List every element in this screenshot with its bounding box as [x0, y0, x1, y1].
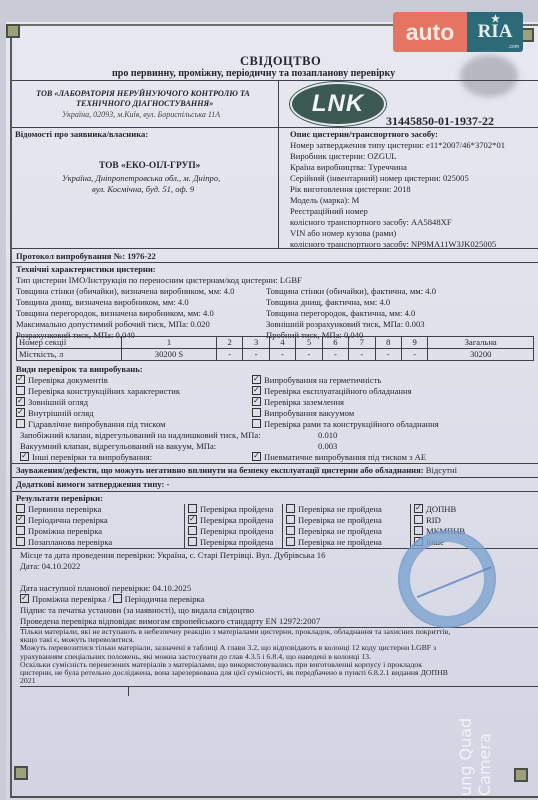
result-failed-checkbox[interactable] [286, 515, 295, 524]
next-inspection-type: Проміжна перевірка /Періодична перевірка [20, 594, 204, 605]
checkbox[interactable] [16, 408, 25, 417]
notes: Тільки матеріали, які не вступають в неб… [20, 628, 450, 685]
vacuum-valve-label: Вакуумний клапан, відрегульований на вак… [20, 441, 216, 452]
checkbox[interactable] [16, 397, 25, 406]
result-passed[interactable]: Перевірка пройдена [188, 515, 273, 526]
checkbox[interactable] [16, 386, 25, 395]
corner-ornament-bottom-right [512, 766, 534, 788]
tech-spec-line: Зовнішній розрахунковий тиск, МПа: 0.003 [266, 319, 436, 330]
document-title: СВІДОЦТВО [240, 54, 321, 69]
result-reg-checkbox[interactable] [414, 504, 423, 513]
safety-valve-value: 0.010 [318, 430, 337, 441]
next-intermediate-checkbox[interactable] [20, 594, 29, 603]
vehicle-info-line: Модель (марка): M [290, 195, 505, 206]
blurred-region [460, 55, 518, 97]
additional-line: Додаткові вимоги затвердження типу: - [16, 479, 169, 490]
inspections-right: Випробування на герметичністьПеревірка е… [252, 375, 439, 430]
capacity-cell: - [375, 349, 401, 361]
vehicle-info-line: Країна виробництва: Туреччина [290, 162, 505, 173]
inspection-item-label: Перевірка конструкційних характеристик [28, 386, 180, 396]
result-passed[interactable]: Перевірка пройдена [188, 537, 273, 548]
result-type-label: Первинна перевірка [28, 504, 101, 514]
result-passed[interactable]: Перевірка пройдена [188, 526, 273, 537]
vehicle-info-line: Серійний (інвентарний) номер цистерни: 0… [290, 173, 505, 184]
section-number-cell: 2 [216, 337, 242, 349]
tech-spec-line: Товщина днищ, визначена виробником, мм: … [16, 297, 234, 308]
inspection-item-label: Перевірка експлуатаційного обладнання [264, 386, 412, 396]
vehicle-info-line: Виробник цистерни: OZGUL [290, 151, 505, 162]
inspection-item-label: Перевірка рами та конструкційного обладн… [264, 419, 439, 429]
inspection-item[interactable]: Перевірка документів [16, 375, 180, 386]
result-reg[interactable]: ДОПНВ [414, 504, 456, 515]
capacity-cell: - [401, 349, 427, 361]
other-inspections[interactable]: Інші перевірки та випробування: [20, 452, 152, 463]
issuer-address: Україна, 02093, м.Київ, вул. Бориспільсь… [62, 109, 220, 120]
results-row: Первинна перевіркаПеревірка пройденаПере… [16, 504, 536, 515]
star-icon: ★ [491, 14, 500, 25]
result-type[interactable]: Проміжна перевірка [16, 526, 102, 537]
result-failed-checkbox[interactable] [286, 537, 295, 546]
result-failed[interactable]: Перевірка не пройдена [286, 504, 382, 515]
result-type[interactable]: Позапланова перевірка [16, 537, 112, 548]
result-passed-checkbox[interactable] [188, 526, 197, 535]
result-passed-label: Перевірка пройдена [200, 537, 273, 547]
result-passed-label: Перевірка пройдена [200, 504, 273, 514]
section-number-cell: 8 [375, 337, 401, 349]
result-type[interactable]: Первинна перевірка [16, 504, 101, 515]
vehicle-info-line: Номер затвердження типу цистерни: e11*20… [290, 140, 505, 151]
inspection-date: Дата: 04.10.2022 [20, 561, 80, 572]
inspection-item[interactable]: Перевірка конструкційних характеристик [16, 386, 180, 397]
section-number-label: Номер секції [17, 337, 122, 349]
autoria-watermark: auto ★ RIA .com [393, 12, 523, 52]
capacity-cell: - [322, 349, 348, 361]
inspection-item[interactable]: Випробування вакуумом [252, 408, 439, 419]
checkbox[interactable] [252, 397, 261, 406]
tech-spec-line: Товщина стінки (обичайки), фактична, мм:… [266, 286, 436, 297]
result-failed-label: Перевірка не пройдена [298, 515, 382, 525]
camera-watermark: ung Quad Camera [456, 714, 494, 796]
capacity-cell: 30200 [428, 349, 534, 361]
result-type-checkbox[interactable] [16, 537, 25, 546]
inspection-item-label: Випробування на герметичність [264, 375, 381, 385]
inspection-item[interactable]: Перевірка експлуатаційного обладнання [252, 386, 439, 397]
tank-type-line: Тип цистерни IMO/Інструкція по переносни… [16, 275, 302, 286]
protocol-number: Протокол випробування №: 1976-22 [16, 251, 156, 262]
inspection-item-label: Перевірка заземлення [264, 397, 344, 407]
vehicle-info-line: Рік виготовлення цистерни: 2018 [290, 184, 505, 195]
section-number-cell: 6 [322, 337, 348, 349]
result-passed-label: Перевірка пройдена [200, 526, 273, 536]
checkbox[interactable] [252, 408, 261, 417]
vehicle-info-line: колісного транспортного засобу: AA5848XF [290, 217, 505, 228]
inspection-item[interactable]: Внутрішній огляд [16, 408, 180, 419]
vehicle-heading: Опис цистерни/транспортного засобу: [290, 129, 505, 140]
section-number-cell: 1 [122, 337, 217, 349]
result-passed-checkbox[interactable] [188, 515, 197, 524]
result-failed-label: Перевірка не пройдена [298, 537, 382, 547]
capacity-label: Місткість, л [17, 349, 122, 361]
signature-line: Підпис та печатка установи (за наявності… [20, 605, 254, 616]
result-passed[interactable]: Перевірка пройдена [188, 504, 273, 515]
document-subtitle: про первинну, проміжну, періодичну та по… [112, 68, 395, 79]
inspection-item-label: Внутрішній огляд [28, 408, 94, 418]
section-number-cell: 4 [269, 337, 295, 349]
vehicle-info-line: Реєстраційний номер [290, 206, 505, 217]
pneumatic-test[interactable]: Пневматичне випробування під тиском з АЕ [252, 452, 426, 463]
result-passed-checkbox[interactable] [188, 537, 197, 546]
tech-spec-line: Максимально допустимий робочий тиск, МПа… [16, 319, 234, 330]
results-row: Періодична перевіркаПеревірка пройденаПе… [16, 515, 536, 526]
safety-valve-label: Запобіжний клапан, відрегульований на на… [20, 430, 261, 441]
defects-value: Відсутні [426, 465, 457, 475]
inspection-item-label: Зовнішній огляд [28, 397, 88, 407]
tech-left-column: Товщина стінки (обичайки), визначена вир… [16, 286, 234, 341]
corner-ornament-bottom-left [12, 764, 34, 786]
standard-line: Проведена перевірка відповідає вимогам є… [20, 616, 320, 627]
result-type-label: Позапланова перевірка [28, 537, 112, 547]
capacity-cell: - [216, 349, 242, 361]
inspection-item-label: Гідравлічне випробування під тиском [28, 419, 166, 429]
capacity-cell: - [269, 349, 295, 361]
result-reg[interactable]: RID [414, 515, 441, 526]
inspection-item[interactable]: Перевірка рами та конструкційного обладн… [252, 419, 439, 430]
checkbox[interactable] [252, 386, 261, 395]
result-reg-label: RID [426, 515, 441, 525]
section-number-cell: 9 [401, 337, 427, 349]
checkbox[interactable] [252, 375, 261, 384]
inspection-item-label: Випробування вакуумом [264, 408, 354, 418]
result-failed[interactable]: Перевірка не пройдена [286, 537, 382, 548]
result-type-checkbox[interactable] [16, 515, 25, 524]
tech-heading: Технічні характеристики цистерни: [16, 264, 156, 275]
checkbox[interactable] [16, 419, 25, 428]
vehicle-info-line: VIN або номер кузова (рами) [290, 228, 505, 239]
applicant-address-line2: вул. Космічна, буд. 51, оф. 9 [92, 184, 194, 195]
capacity-cell: - [349, 349, 375, 361]
note-line: 2021 [20, 677, 450, 685]
result-passed-label: Перевірка пройдена [200, 515, 273, 525]
capacity-cell: - [243, 349, 269, 361]
result-type[interactable]: Періодична перевірка [16, 515, 108, 526]
next-periodic-checkbox[interactable] [113, 594, 122, 603]
vacuum-valve-value: 0.003 [318, 441, 337, 452]
checkbox[interactable] [16, 375, 25, 384]
inspections-heading: Види перевірок та випробувань: [16, 364, 143, 375]
tech-spec-line: Товщина днищ, фактична, мм: 4.0 [266, 297, 436, 308]
corner-ornament-top-left [4, 22, 26, 44]
result-failed-checkbox[interactable] [286, 504, 295, 513]
section-number-cell: 3 [243, 337, 269, 349]
tech-spec-line: Товщина стінки (обичайки), визначена вир… [16, 286, 234, 297]
applicant-company: ТОВ «ЕКО-ОІЛ-ГРУП» [99, 161, 200, 171]
result-failed-label: Перевірка не пройдена [298, 504, 382, 514]
inspection-item[interactable]: Перевірка заземлення [252, 397, 439, 408]
inspection-place: Місце та дата проведення перевірки: Укра… [20, 550, 325, 561]
other-inspections-checkbox[interactable] [20, 452, 29, 461]
result-failed[interactable]: Перевірка не пройдена [286, 526, 382, 537]
capacity-cell: - [296, 349, 322, 361]
result-type-label: Періодична перевірка [28, 515, 108, 525]
result-failed-checkbox[interactable] [286, 526, 295, 535]
section-number-cell: 5 [296, 337, 322, 349]
next-inspection-date: Дата наступної планової перевірки: 04.10… [20, 583, 191, 594]
autoria-auto-label: auto [393, 12, 467, 52]
section-number-cell: 7 [349, 337, 375, 349]
note-line: цистерни, не була ретельно досліджена, в… [20, 669, 450, 677]
applicant-address-line1: Україна, Дніпропетровська обл., м. Дніпр… [62, 173, 220, 184]
result-reg-checkbox[interactable] [414, 526, 423, 535]
section-number-cell: Загальна [428, 337, 534, 349]
tech-right-column: Товщина стінки (обичайки), фактична, мм:… [266, 286, 436, 341]
result-reg-checkbox[interactable] [414, 515, 423, 524]
result-type-checkbox[interactable] [16, 504, 25, 513]
inspection-item[interactable]: Зовнішній огляд [16, 397, 180, 408]
inspection-item[interactable]: Гідравлічне випробування під тиском [16, 419, 180, 430]
checkbox[interactable] [252, 419, 261, 428]
capacity-cell: 30200 S [122, 349, 217, 361]
autoria-ria-label: ★ RIA .com [467, 12, 523, 52]
result-type-label: Проміжна перевірка [28, 526, 102, 536]
result-failed[interactable]: Перевірка не пройдена [286, 515, 382, 526]
pneumatic-test-checkbox[interactable] [252, 452, 261, 461]
tech-spec-line: Товщина перегородок, фактична, мм: 4.0 [266, 308, 436, 319]
inspection-item-label: Перевірка документів [28, 375, 108, 385]
result-passed-checkbox[interactable] [188, 504, 197, 513]
result-reg-label: ДОПНВ [426, 504, 456, 514]
result-type-checkbox[interactable] [16, 526, 25, 535]
inspection-item[interactable]: Випробування на герметичність [252, 375, 439, 386]
defects-line: Зауваження/дефекти, що можуть негативно … [16, 465, 457, 476]
issuer-name-line2: ТЕХНІЧНОГО ДІАГНОСТУВАННЯ» [76, 98, 213, 109]
applicant-heading: Відомості про заявника/власника: [15, 129, 148, 140]
tech-spec-line: Товщина перегородок, визначена виробнико… [16, 308, 234, 319]
results-heading: Результати перевірки: [16, 493, 103, 504]
inspections-left: Перевірка документівПеревірка конструкці… [16, 375, 180, 430]
result-failed-label: Перевірка не пройдена [298, 526, 382, 536]
vehicle-description: Опис цистерни/транспортного засобу: Номе… [290, 129, 505, 250]
sections-table: Номер секції123456789Загальна Місткість,… [16, 336, 534, 361]
lnk-logo: LNK [290, 82, 386, 126]
